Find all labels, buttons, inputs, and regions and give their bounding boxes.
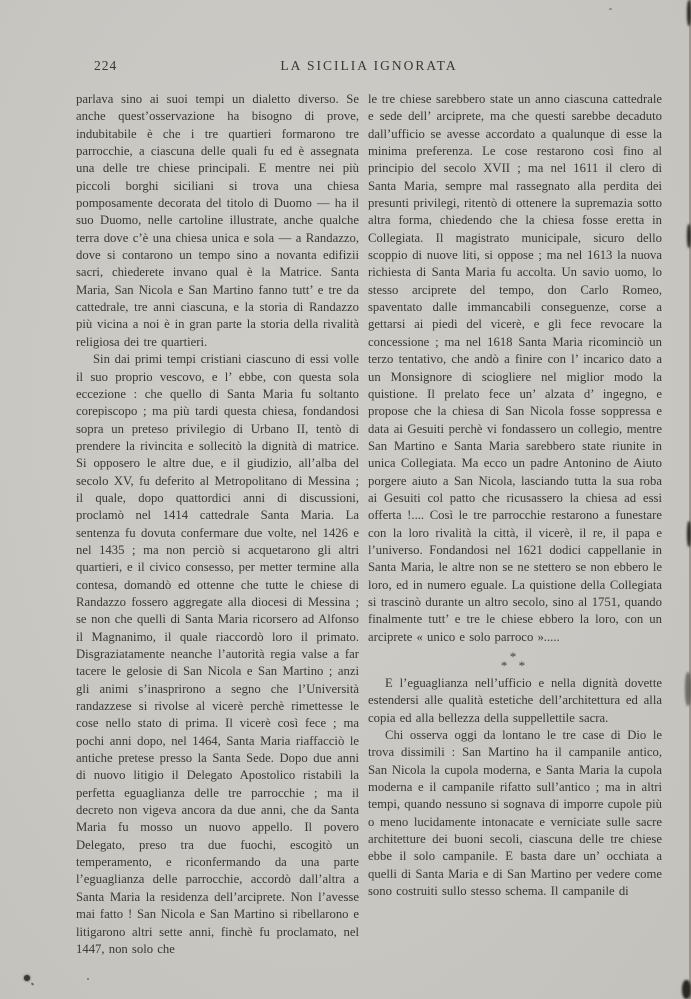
scan-edge-mark [682, 980, 691, 999]
scan-edge-mark [687, 224, 691, 248]
ink-speck [609, 8, 612, 10]
paragraph: Chi osserva oggi da lontano le tre case … [368, 727, 662, 900]
scan-edge-mark [687, 521, 691, 547]
scan-edge-mark [685, 672, 691, 706]
paragraph: le tre chiese sarebbero state un anno ci… [368, 91, 662, 646]
ink-speck [24, 975, 30, 981]
running-title: LA SICILIA IGNORATA [76, 58, 662, 74]
book-page: 224 LA SICILIA IGNORATA parlava sino ai … [0, 0, 691, 999]
scan-edge-mark [687, 0, 691, 26]
ink-speck [31, 982, 35, 985]
ink-speck [87, 978, 89, 980]
left-column: parlava sino ai suoi tempi un dialetto d… [76, 91, 359, 958]
paragraph: parlava sino ai suoi tempi un dialetto d… [76, 91, 359, 351]
page-header: 224 LA SICILIA IGNORATA [76, 58, 662, 78]
asterism-divider: ** * [368, 652, 662, 670]
right-column: le tre chiese sarebbero state un anno ci… [368, 91, 662, 958]
paragraph: Sin dai primi tempi cristiani ciascuno d… [76, 351, 359, 958]
paragraph: E l’eguaglianza nell’ufficio e nella dig… [368, 675, 662, 727]
text-columns: parlava sino ai suoi tempi un dialetto d… [76, 91, 662, 958]
